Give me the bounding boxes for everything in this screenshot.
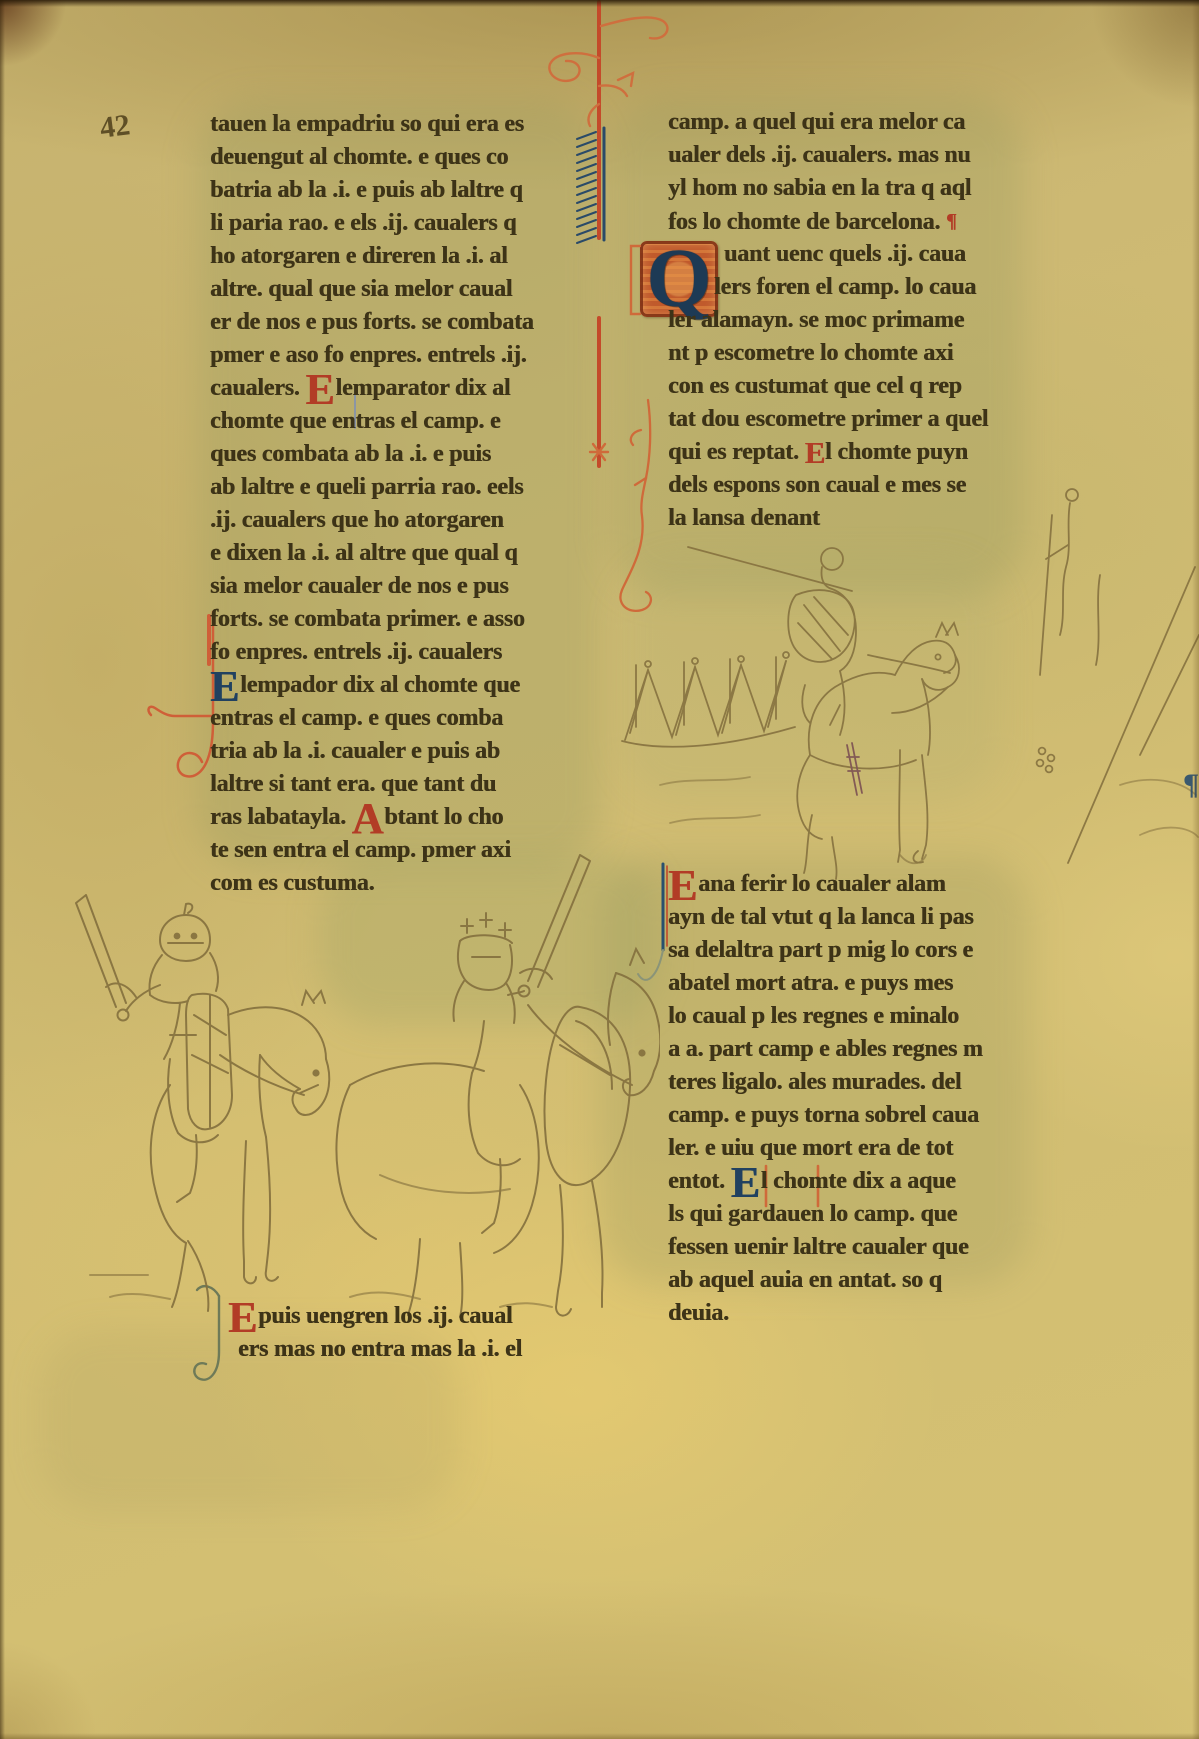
manuscript-line: entras el camp. e ques comba — [210, 702, 602, 735]
manuscript-line: Epuis uengren los .ij. caual — [228, 1300, 658, 1333]
text-segment: ls qui gardauen lo camp. que — [668, 1201, 957, 1227]
margin-paragraph-mark: ¶ — [1183, 768, 1199, 802]
text-segment: dels espons son caual e mes se — [668, 472, 966, 498]
text-segment: .ij. caualers que ho atorgaren — [210, 507, 504, 533]
manuscript-line: ualer dels .ij. caualers. mas nu — [668, 139, 1016, 172]
manuscript-line: deuengut al chomte. e ques co — [210, 141, 602, 174]
text-segment: l chomte dix a aque — [761, 1168, 956, 1194]
manuscript-line: tria ab la .i. caualer e puis ab — [210, 735, 602, 768]
text-column-right-lower: Eana ferir lo caualer alamayn de tal vtu… — [668, 868, 1016, 1330]
manuscript-line: sa delaltra part p mig lo cors e — [668, 934, 1016, 967]
manuscript-line: fo enpres. entrels .ij. caualers — [210, 636, 602, 669]
text-segment: camp. e puys torna sobrel caua — [668, 1102, 979, 1128]
text-segment: tria ab la .i. caualer e puis ab — [210, 738, 500, 764]
text-segment: ler. e uiu que mort era de tot — [668, 1135, 953, 1161]
parchment-stain — [620, 560, 1000, 800]
manuscript-line: camp. e puys torna sobrel caua — [668, 1099, 1016, 1132]
text-segment: tauen la empadriu so qui era es — [210, 111, 524, 137]
manuscript-line: lers foren el camp. lo caua — [668, 271, 1016, 304]
manuscript-line: altre. qual que sia melor caual — [210, 273, 602, 306]
text-segment: ab aquel auia en antat. so q — [668, 1267, 942, 1293]
text-segment: uant uenc quels .ij. caua — [724, 241, 966, 267]
text-segment: ayn de tal vtut q la lanca li pas — [668, 904, 973, 930]
manuscript-line: abatel mort atra. e puys mes — [668, 967, 1016, 1000]
manuscript-line: lo caual p les regnes e minalo — [668, 1000, 1016, 1033]
manuscript-line: Elempador dix al chomte que — [210, 669, 602, 702]
text-segment: entras el camp. e ques comba — [210, 705, 503, 731]
manuscript-line: ras labatayla. Abtant lo cho — [210, 801, 602, 834]
manuscript-line: deuia. — [668, 1297, 1016, 1330]
text-segment: nt p escometre lo chomte axi — [668, 340, 953, 366]
text-segment: ler alamayn. se moc primame — [668, 307, 964, 333]
text-segment: deuia. — [668, 1300, 729, 1326]
text-segment: ques combata ab la .i. e puis — [210, 441, 491, 467]
manuscript-line: teres ligalo. ales murades. del — [668, 1066, 1016, 1099]
text-segment: teres ligalo. ales murades. del — [668, 1069, 961, 1095]
text-segment: pmer e aso fo enpres. entrels .ij. — [210, 342, 527, 368]
text-segment: fo enpres. entrels .ij. caualers — [210, 639, 502, 665]
text-segment: puis uengren los .ij. caual — [258, 1303, 512, 1329]
text-segment: abatel mort atra. e puys mes — [668, 970, 953, 996]
text-segment: fessen uenir laltre caualer que — [668, 1234, 968, 1260]
text-segment: lo caual p les regnes e minalo — [668, 1003, 959, 1029]
text-segment: entot. — [668, 1168, 731, 1194]
manuscript-line: li paria rao. e els .ij. caualers q — [210, 207, 602, 240]
manuscript-line: camp. a quel qui era melor ca — [668, 106, 1016, 139]
text-segment: ras labatayla. — [210, 804, 352, 830]
drawing-two-knights — [20, 845, 660, 1330]
manuscript-line: forts. se combata primer. e asso — [210, 603, 602, 636]
manuscript-line: laltre si tant era. que tant du — [210, 768, 602, 801]
manuscript-line: fos lo chomte de barcelona. ¶ — [668, 205, 1016, 238]
manuscript-line: ler alamayn. se moc primame — [668, 304, 1016, 337]
manuscript-line: la lansa denant — [668, 502, 1016, 535]
manuscript-line: ls qui gardauen lo camp. que — [668, 1198, 1016, 1231]
manuscript-line: yl hom no sabia en la tra q aql — [668, 172, 1016, 205]
text-segment: deuengut al chomte. e ques co — [210, 144, 508, 170]
manuscript-line: Eana ferir lo caualer alam — [668, 868, 1016, 901]
manuscript-line: sia melor caualer de nos e pus — [210, 570, 602, 603]
text-segment: fos lo chomte de barcelona. — [668, 209, 946, 235]
manuscript-line: ers mas no entra mas la .i. el — [228, 1333, 658, 1366]
manuscript-line: ab laltre e queli parria rao. eels — [210, 471, 602, 504]
manuscript-line: .ij. caualers que ho atorgaren — [210, 504, 602, 537]
manuscript-line: fessen uenir laltre caualer que — [668, 1231, 1016, 1264]
text-segment: l chomte puyn — [825, 439, 968, 465]
manuscript-line: con es custumat que cel q rep — [668, 370, 1016, 403]
manuscript-line: dels espons son caual e mes se — [668, 469, 1016, 502]
text-segment: altre. qual que sia melor caual — [210, 276, 512, 302]
text-segment: tat dou escometre primer a quel — [668, 406, 988, 432]
text-segment: ers mas no entra mas la .i. el — [238, 1336, 522, 1362]
text-segment: lers foren el camp. lo caua — [714, 274, 976, 300]
text-segment: yl hom no sabia en la tra q aql — [668, 175, 971, 201]
manuscript-line: qui es reptat. El chomte puyn — [668, 436, 1016, 469]
text-segment: con es custumat que cel q rep — [668, 373, 962, 399]
manuscript-line: entot. El chomte dix a aque — [668, 1165, 1016, 1198]
text-segment: lemparator dix al — [335, 375, 510, 401]
manuscript-line: ho atorgaren e direren la .i. al — [210, 240, 602, 273]
text-segment: ho atorgaren e direren la .i. al — [210, 243, 508, 269]
manuscript-line: te sen entra el camp. pmer axi — [210, 834, 602, 867]
manuscript-line: ayn de tal vtut q la lanca li pas — [668, 901, 1016, 934]
manuscript-line: pmer e aso fo enpres. entrels .ij. — [210, 339, 602, 372]
manuscript-line: ab aquel auia en antat. so q — [668, 1264, 1016, 1297]
manuscript-line: com es custuma. — [210, 867, 602, 900]
text-segment: qui es reptat. — [668, 439, 805, 465]
folio-number: 42 — [98, 108, 132, 145]
text-segment: btant lo cho — [384, 804, 503, 830]
text-segment: la lansa denant — [668, 505, 820, 531]
manuscript-line: uant uenc quels .ij. caua — [668, 238, 1016, 271]
manuscript-line: ler. e uiu que mort era de tot — [668, 1132, 1016, 1165]
text-segment: te sen entra el camp. pmer axi — [210, 837, 511, 863]
manuscript-line: e dixen la .i. al altre que qual q — [210, 537, 602, 570]
decorated-initial: E — [805, 435, 825, 470]
manuscript-line: tauen la empadriu so qui era es — [210, 108, 602, 141]
text-caption-bottom: Epuis uengren los .ij. caualers mas no e… — [228, 1300, 658, 1366]
text-segment: li paria rao. e els .ij. caualers q — [210, 210, 516, 236]
manuscript-line: a a. part camp e ables regnes m — [668, 1033, 1016, 1066]
text-segment: ana ferir lo caualer alam — [698, 871, 945, 897]
manuscript-line: caualers. Elemparator dix al — [210, 372, 602, 405]
manuscript-line: nt p escometre lo chomte axi — [668, 337, 1016, 370]
text-segment: batria ab la .i. e puis ab laltre q — [210, 177, 523, 203]
manuscript-line: batria ab la .i. e puis ab laltre q — [210, 174, 602, 207]
text-segment: e dixen la .i. al altre que qual q — [210, 540, 517, 566]
text-segment: lempador dix al chomte que — [240, 672, 520, 698]
manuscript-line: chomte que entras el camp. e — [210, 405, 602, 438]
manuscript-line: tat dou escometre primer a quel — [668, 403, 1016, 436]
manuscript-line: ques combata ab la .i. e puis — [210, 438, 602, 471]
text-segment: camp. a quel qui era melor ca — [668, 109, 965, 135]
text-segment: ab laltre e queli parria rao. eels — [210, 474, 523, 500]
text-column-left: tauen la empadriu so qui era esdeuengut … — [210, 108, 602, 900]
text-column-right-upper: camp. a quel qui era melor caualer dels … — [668, 106, 1016, 535]
manuscript-line: er de nos e pus forts. se combata — [210, 306, 602, 339]
manuscript-page: 42 ¶ Q — [0, 0, 1199, 1739]
text-segment: sia melor caualer de nos e pus — [210, 573, 508, 599]
text-segment: chomte que entras el camp. e — [210, 408, 500, 434]
text-segment: caualers. — [210, 375, 305, 401]
text-segment: sa delaltra part p mig lo cors e — [668, 937, 973, 963]
text-segment: a a. part camp e ables regnes m — [668, 1036, 983, 1062]
text-segment: ualer dels .ij. caualers. mas nu — [668, 142, 971, 168]
text-segment: forts. se combata primer. e asso — [210, 606, 525, 632]
text-segment: com es custuma. — [210, 870, 374, 896]
text-segment: er de nos e pus forts. se combata — [210, 309, 534, 335]
decorated-initial: ¶ — [946, 210, 957, 232]
